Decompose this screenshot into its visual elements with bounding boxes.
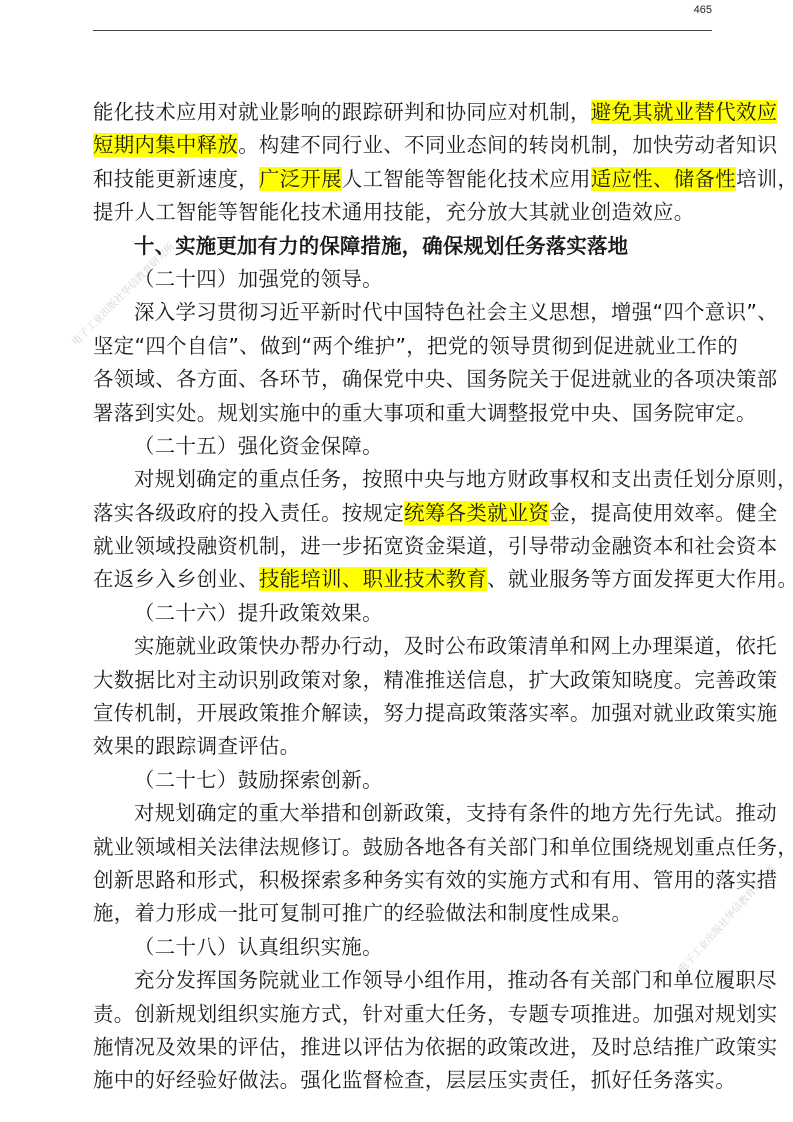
highlighted-text: 短期内集中释放 xyxy=(93,133,238,157)
text-line: 在返乡入乡创业、技能培训、职业技术教育、就业服务等方面发挥更大作用。 xyxy=(93,563,714,596)
text-line: 责。创新规划组织实施方式，针对重大任务，专题专项推进。加强对规划实 xyxy=(93,998,714,1031)
text-line: 深入学习贯彻习近平新时代中国特色社会主义思想，增强“四个意识”、 xyxy=(93,296,714,329)
text-segment: 深入学习贯彻习近平新时代中国特色社会主义思想，增强“四个意识”、 xyxy=(134,300,778,324)
text-segment: （二十七）鼓励探索创新。 xyxy=(134,768,383,792)
text-segment: 培训， xyxy=(736,167,793,191)
text-segment: 对规划确定的重点任务，按照中央与地方财政事权和支出责任划分原则， xyxy=(134,467,793,491)
text-segment: 、就业服务等方面发挥更大作用。 xyxy=(487,567,793,591)
text-line: 就业领域投融资机制，进一步拓宽资金渠道，引导带动金融资本和社会资本 xyxy=(93,530,714,563)
text-segment: 十、实施更加有力的保障措施，确保规划任务落实落地 xyxy=(134,234,628,258)
text-segment: 各领域、各方面、各环节，确保党中央、国务院关于促进就业的各项决策部 xyxy=(93,367,777,391)
text-line: 创新思路和形式，积极探索多种务实有效的实施方式和有用、管用的落实措 xyxy=(93,864,714,897)
text-line: 署落到实处。规划实施中的重大事项和重大调整报党中央、国务院审定。 xyxy=(93,397,714,430)
text-segment: 施，着力形成一批可复制可推广的经验做法和制度性成果。 xyxy=(93,901,632,925)
text-segment: 落实各级政府的投入责任。按规定 xyxy=(93,501,404,525)
text-line: 施情况及效果的评估，推进以评估为依据的政策改进，及时总结推广政策实 xyxy=(93,1031,714,1064)
text-segment: 施情况及效果的评估，推进以评估为依据的政策改进，及时总结推广政策实 xyxy=(93,1035,777,1059)
highlighted-text: 广泛开展 xyxy=(259,167,342,191)
section-heading: 十、实施更加有力的保障措施，确保规划任务落实落地 xyxy=(93,230,714,263)
text-segment: 在返乡入乡创业、 xyxy=(93,567,259,591)
text-segment: 创新思路和形式，积极探索多种务实有效的实施方式和有用、管用的落实措 xyxy=(93,868,777,892)
text-line: 就业领域相关法律法规修订。鼓励各地各有关部门和单位围绕规划重点任务， xyxy=(93,831,714,864)
document-body: 能化技术应用对就业影响的跟踪研判和协同应对机制，避免其就业替代效应短期内集中释放… xyxy=(93,96,714,1098)
text-line: （二十七）鼓励探索创新。 xyxy=(93,764,714,797)
text-line: 和技能更新速度，广泛开展人工智能等智能化技术应用适应性、储备性培训， xyxy=(93,163,714,196)
text-segment: 坚定“四个自信”、做到“两个维护”，把党的领导贯彻到促进就业工作的 xyxy=(93,334,738,358)
text-segment: 金，提高使用效率。健全 xyxy=(549,501,777,525)
text-segment: 人工智能等智能化技术应用 xyxy=(342,167,591,191)
text-line: 大数据比对主动识别政策对象，精准推送信息，扩大政策知晓度。完善政策 xyxy=(93,664,714,697)
text-line: 充分发挥国务院就业工作领导小组作用，推动各有关部门和单位履职尽 xyxy=(93,964,714,997)
text-line: 实施就业政策快办帮办行动，及时公布政策清单和网上办理渠道，依托 xyxy=(93,630,714,663)
text-segment: （二十四）加强党的领导。 xyxy=(134,267,383,291)
text-segment: 提升人工智能等智能化技术通用技能，充分放大其就业创造效应。 xyxy=(93,200,694,224)
highlighted-text: 统筹各类就业资 xyxy=(404,501,549,525)
text-segment: （二十八）认真组织实施。 xyxy=(134,935,383,959)
text-segment: 施中的好经验好做法。强化监督检查，层层压实责任，抓好任务落实。 xyxy=(93,1068,736,1092)
text-segment: （二十五）强化资金保障。 xyxy=(134,434,383,458)
text-line: 落实各级政府的投入责任。按规定统筹各类就业资金，提高使用效率。健全 xyxy=(93,497,714,530)
text-segment: 对规划确定的重大举措和创新政策，支持有条件的地方先行先试。推动 xyxy=(134,801,777,825)
text-line: 短期内集中释放。构建不同行业、不同业态间的转岗机制，加快劳动者知识 xyxy=(93,129,714,162)
text-line: 对规划确定的重大举措和创新政策，支持有条件的地方先行先试。推动 xyxy=(93,797,714,830)
text-segment: （二十六）提升政策效果。 xyxy=(134,601,383,625)
highlighted-text: 技能培训、职业技术教育 xyxy=(259,567,487,591)
text-line: 效果的跟踪调查评估。 xyxy=(93,730,714,763)
text-segment: 署落到实处。规划实施中的重大事项和重大调整报党中央、国务院审定。 xyxy=(93,401,757,425)
text-line: （二十五）强化资金保障。 xyxy=(93,430,714,463)
text-segment: 和技能更新速度， xyxy=(93,167,259,191)
page-number: 465 xyxy=(662,4,712,16)
text-line: 能化技术应用对就业影响的跟踪研判和协同应对机制，避免其就业替代效应 xyxy=(93,96,714,129)
text-segment: 就业领域投融资机制，进一步拓宽资金渠道，引导带动金融资本和社会资本 xyxy=(93,534,777,558)
text-line: 施，着力形成一批可复制可推广的经验做法和制度性成果。 xyxy=(93,897,714,930)
text-line: 提升人工智能等智能化技术通用技能，充分放大其就业创造效应。 xyxy=(93,196,714,229)
text-line: 施中的好经验好做法。强化监督检查，层层压实责任，抓好任务落实。 xyxy=(93,1064,714,1097)
text-line: （二十四）加强党的领导。 xyxy=(93,263,714,296)
text-segment: 充分发挥国务院就业工作领导小组作用，推动各有关部门和单位履职尽 xyxy=(134,968,777,992)
text-line: （二十八）认真组织实施。 xyxy=(93,931,714,964)
text-segment: 就业领域相关法律法规修订。鼓励各地各有关部门和单位围绕规划重点任务， xyxy=(93,835,793,859)
text-segment: 效果的跟踪调查评估。 xyxy=(93,734,300,758)
text-segment: 宣传机制，开展政策推介解读，努力提高政策落实率。加强对就业政策实施 xyxy=(93,701,777,725)
text-segment: 。构建不同行业、不同业态间的转岗机制，加快劳动者知识 xyxy=(238,133,777,157)
highlighted-text: 避免其就业替代效应 xyxy=(591,100,778,124)
text-segment: 能化技术应用对就业影响的跟踪研判和协同应对机制， xyxy=(93,100,591,124)
text-segment: 责。创新规划组织实施方式，针对重大任务，专题专项推进。加强对规划实 xyxy=(93,1002,777,1026)
text-line: （二十六）提升政策效果。 xyxy=(93,597,714,630)
text-line: 坚定“四个自信”、做到“两个维护”，把党的领导贯彻到促进就业工作的 xyxy=(93,330,714,363)
header-rule xyxy=(93,30,712,31)
text-line: 宣传机制，开展政策推介解读，努力提高政策落实率。加强对就业政策实施 xyxy=(93,697,714,730)
text-line: 各领域、各方面、各环节，确保党中央、国务院关于促进就业的各项决策部 xyxy=(93,363,714,396)
highlighted-text: 适应性、储备性 xyxy=(591,167,736,191)
text-segment: 大数据比对主动识别政策对象，精准推送信息，扩大政策知晓度。完善政策 xyxy=(93,668,777,692)
text-line: 对规划确定的重点任务，按照中央与地方财政事权和支出责任划分原则， xyxy=(93,463,714,496)
text-segment: 实施就业政策快办帮办行动，及时公布政策清单和网上办理渠道，依托 xyxy=(134,634,777,658)
